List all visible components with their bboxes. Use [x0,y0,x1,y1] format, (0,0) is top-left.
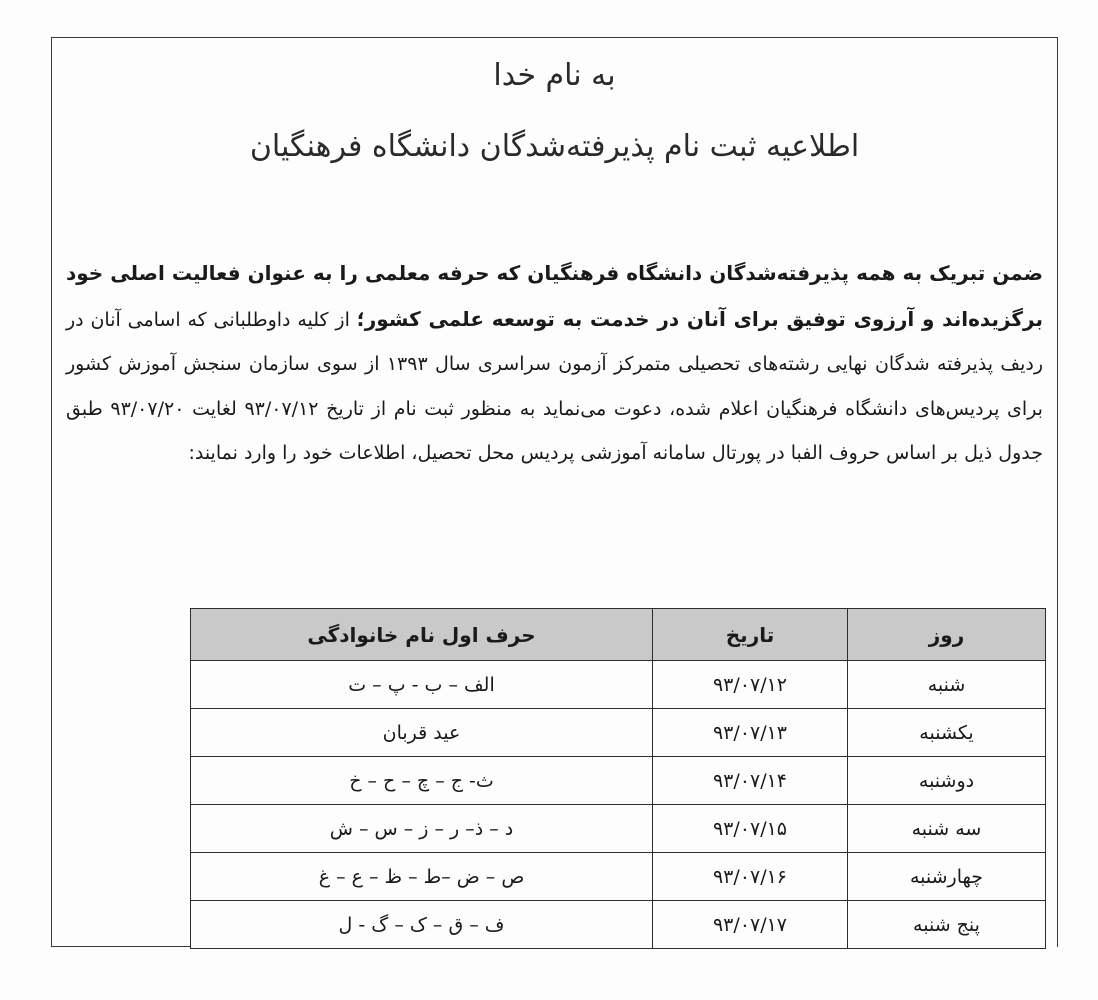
header-day: روز [848,609,1046,661]
cell-date: ۹۳/۰۷/۱۲ [653,661,848,709]
document-title: اطلاعیه ثبت نام پذیرفته‌شدگان دانشگاه فر… [51,121,1058,173]
cell-letters: عید قربان [191,709,653,757]
cell-day: شنبه [848,661,1046,709]
table-header-row: روز تاریخ حرف اول نام خانوادگی [191,609,1046,661]
table-row: دوشنبه ۹۳/۰۷/۱۴ ث- ج – چ – ح – خ [191,757,1046,805]
table-row: شنبه ۹۳/۰۷/۱۲ الف – ب - پ – ت [191,661,1046,709]
cell-date: ۹۳/۰۷/۱۷ [653,901,848,949]
cell-day: دوشنبه [848,757,1046,805]
document-heading: به نام خدا [51,58,1058,93]
announcement-paragraph: ضمن تبریک به همه پذیرفته‌شدگان دانشگاه ف… [66,251,1043,476]
cell-letters: الف – ب - پ – ت [191,661,653,709]
intro-regular-text: از کلیه داوطلبانی که اسامی آنان در ردیف … [66,309,1043,465]
document-border-bottom [51,946,191,947]
cell-letters: د – ذ– ر – ز – س – ش [191,805,653,853]
cell-letters: ف – ق – ک – گ - ل [191,901,653,949]
cell-day: سه شنبه [848,805,1046,853]
table-row: یکشنبه ۹۳/۰۷/۱۳ عید قربان [191,709,1046,757]
cell-letters: ث- ج – چ – ح – خ [191,757,653,805]
cell-day: پنج شنبه [848,901,1046,949]
cell-date: ۹۳/۰۷/۱۴ [653,757,848,805]
cell-day: چهارشنبه [848,853,1046,901]
header-date: تاریخ [653,609,848,661]
cell-date: ۹۳/۰۷/۱۳ [653,709,848,757]
cell-date: ۹۳/۰۷/۱۶ [653,853,848,901]
header-letters: حرف اول نام خانوادگی [191,609,653,661]
cell-date: ۹۳/۰۷/۱۵ [653,805,848,853]
cell-letters: ص – ض –ط – ظ – ع – غ [191,853,653,901]
table-row: چهارشنبه ۹۳/۰۷/۱۶ ص – ض –ط – ظ – ع – غ [191,853,1046,901]
cell-day: یکشنبه [848,709,1046,757]
registration-schedule-table: روز تاریخ حرف اول نام خانوادگی شنبه ۹۳/۰… [190,608,1046,949]
table-row: پنج شنبه ۹۳/۰۷/۱۷ ف – ق – ک – گ - ل [191,901,1046,949]
table-row: سه شنبه ۹۳/۰۷/۱۵ د – ذ– ر – ز – س – ش [191,805,1046,853]
